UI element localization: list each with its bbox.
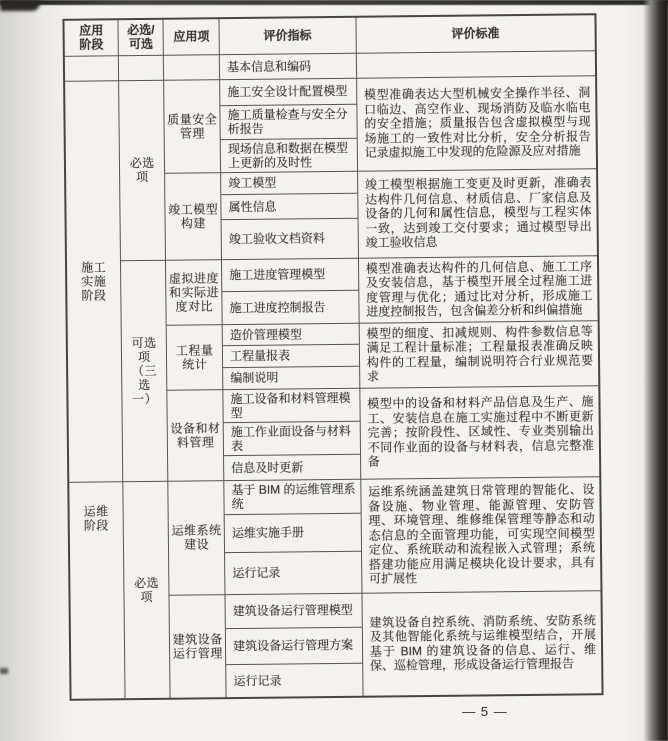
indicator-cell: 现场信息和数据在模型上更新的及时性 [220, 138, 357, 172]
indicator-cell: 施工质量检查与安全分析报告 [220, 104, 357, 139]
indicator-cell: 竣工模型 [221, 171, 358, 194]
table-header-row: 应用 阶段 必选/ 可选 应用项 评价指标 评价标准 [63, 14, 595, 56]
indicator-cell: 建筑设备运行管理方案 [225, 627, 362, 664]
indicator-cell: 施工安全设计配置模型 [220, 78, 357, 105]
indicator-cell: 基于 BIM 的运维管理系统 [224, 479, 361, 514]
table-row: 运维 阶段 必选 项 运维系统 建设 基于 BIM 的运维管理系统 运维系统涵盖… [68, 476, 600, 516]
group-cell-equipment-material: 设备和材 料管理 [167, 389, 224, 481]
scanned-page: 应用 阶段 必选/ 可选 应用项 评价指标 评价标准 基本信息和编码 施工 实施… [0, 0, 668, 741]
indicator-cell: 施工作业面设备与材料表 [223, 421, 360, 455]
group-cell-building-equipment: 建筑设备 运行管理 [169, 594, 226, 699]
stage-empty-cell [64, 55, 119, 81]
group-cell-om-system: 运维系统 建设 [168, 480, 225, 595]
stage-cell-operation: 运维 阶段 [68, 481, 125, 700]
indicator-cell: 造价管理模型 [222, 323, 359, 346]
selection-cell-mandatory-construction: 必选 项 [119, 80, 166, 260]
indicator-cell: 运行记录 [226, 663, 363, 698]
table-row: 施工 实施 阶段 必选 项 质量安全 管理 施工安全设计配置模型 模型准确表达大… [64, 75, 596, 107]
indicator-cell: 编制说明 [223, 366, 360, 389]
selection-empty-cell [119, 55, 164, 80]
indicator-cell: 工程量报表 [222, 344, 359, 367]
indicator-cell: 建筑设备运行管理模型 [225, 593, 362, 628]
table-row: 可选 项 （三 选 一） 虚拟进度 和实际进 度对比 施工进度管理模型 模型准确… [66, 255, 598, 293]
standard-cell-om-system: 运维系统涵盖建筑日常管理的智能化、设备设施、物业管理、能源管理、安防管理、环境管… [361, 476, 602, 593]
header-cell-stage: 应用 阶段 [63, 19, 118, 56]
selection-cell-mandatory-operation: 必选 项 [123, 481, 170, 699]
group-cell-asbuilt-model: 竣工模型 构建 [165, 172, 222, 260]
scan-edge-top [0, 0, 668, 5]
standard-empty-cell [356, 50, 596, 78]
group-cell-quality-safety: 质量安全 管理 [164, 79, 221, 173]
indicator-cell: 属性信息 [221, 193, 358, 219]
app-item-empty-cell [164, 54, 220, 80]
standard-cell-building-equipment: 建筑设备自控系统、消防系统、安防系统及其他智能化系统与运维模型结合，开展基于 B… [362, 590, 603, 697]
scan-edge-right [643, 0, 668, 741]
indicator-cell: 施工进度控制报告 [222, 290, 359, 324]
indicator-cell: 运维实施手册 [224, 513, 361, 552]
indicator-cell: 信息及时更新 [224, 454, 361, 480]
evaluation-table: 应用 阶段 必选/ 可选 应用项 评价指标 评价标准 基本信息和编码 施工 实施… [62, 13, 603, 701]
indicator-cell: 施工设备和材料管理模型 [223, 388, 360, 422]
stage-cell-construction: 施工 实施 阶段 [64, 80, 123, 482]
indicator-cell: 基本信息和编码 [219, 53, 356, 79]
scan-edge-left-dash [0, 668, 8, 674]
standard-cell-equipment-material: 模型中的设备和材料产品信息及生产、施工、安装信息在施工实施过程中不断更新完善；按… [360, 385, 601, 479]
header-cell-indicator: 评价指标 [219, 17, 356, 54]
standard-cell-quantity-statistics: 模型的细度、扣减规则、构件参数信息等满足工程计量标准；工程量报表准确反映构件的工… [359, 320, 599, 388]
standard-cell-quality-safety: 模型准确表达大型机械安全操作半径、洞口临边、高空作业、现场消防及临水临电的安全措… [356, 75, 597, 171]
header-cell-standard: 评价标准 [356, 14, 596, 53]
indicator-cell: 运行记录 [225, 551, 362, 594]
selection-cell-optional-construction: 可选 项 （三 选 一） [121, 260, 169, 481]
group-cell-quantity-statistics: 工程量 统计 [167, 324, 223, 390]
standard-cell-schedule-compare: 模型准确表达构件的几何信息、施工工序及安装信息，基于模型开展全过程施工进度管理与… [358, 255, 598, 323]
standard-cell-asbuilt-model: 竣工模型根据施工变更及时更新，准确表达构件几何信息、材质信息、厂家信息及设备的几… [357, 168, 598, 258]
page-number: — 5 — [440, 704, 530, 719]
group-cell-schedule-compare: 虚拟进度 和实际进 度对比 [166, 259, 222, 325]
indicator-cell: 施工进度管理模型 [222, 258, 359, 292]
header-cell-selection: 必选/ 可选 [118, 19, 164, 55]
table-wrapper: 应用 阶段 必选/ 可选 应用项 评价指标 评价标准 基本信息和编码 施工 实施… [62, 13, 605, 701]
indicator-cell: 竣工验收文档资料 [221, 218, 358, 259]
header-cell-app-item: 应用项 [163, 18, 219, 55]
scan-edge-top-blob [0, 0, 40, 11]
